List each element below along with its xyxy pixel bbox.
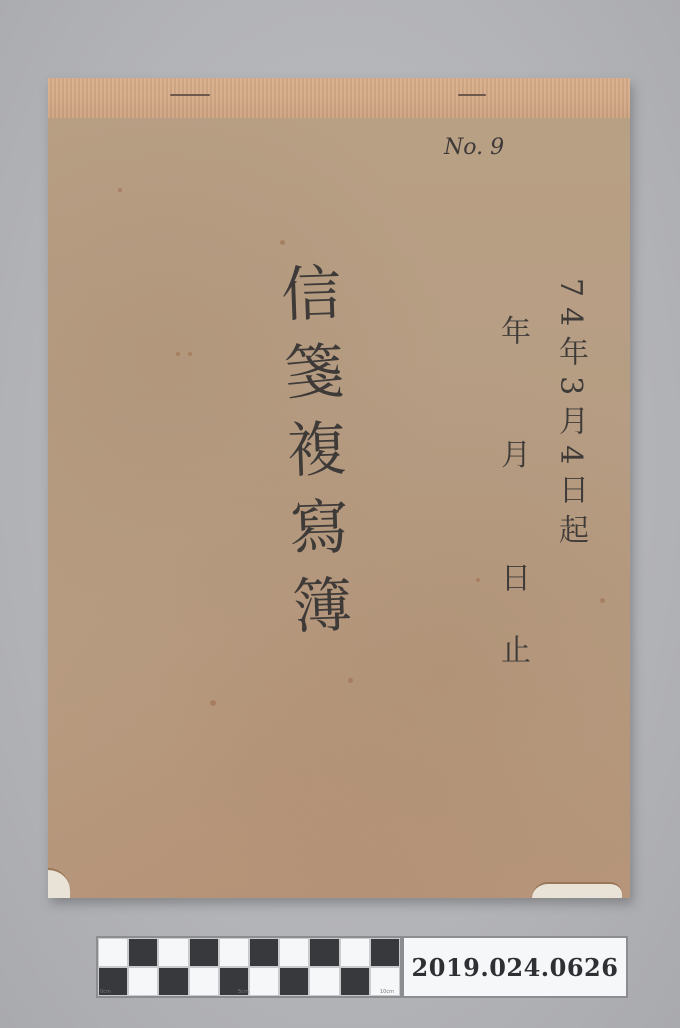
accession-number: 2019.024.0626	[412, 953, 619, 982]
scale-cell	[189, 967, 219, 996]
scale-cell	[128, 938, 158, 967]
scale-cell	[279, 938, 309, 967]
stain-spot	[348, 678, 353, 683]
scale-cell	[249, 938, 279, 967]
scale-mark: 10cm	[380, 989, 394, 995]
stain-spot	[176, 352, 180, 356]
scale-cell	[158, 967, 188, 996]
torn-corner	[48, 868, 70, 898]
notebook-number: No. 9	[444, 135, 504, 160]
scale-cell	[279, 967, 309, 996]
scale-cell	[340, 967, 370, 996]
stain-spot	[118, 188, 122, 192]
staple-right	[458, 94, 486, 96]
staple-left	[170, 94, 210, 96]
scale-cell	[98, 938, 128, 967]
scale-cell	[370, 938, 400, 967]
stain-spot	[280, 240, 285, 245]
binding-strip	[48, 78, 630, 121]
scale-cell	[340, 938, 370, 967]
scale-cell	[189, 938, 219, 967]
accession-label: 2019.024.0626	[404, 938, 626, 996]
scale-cell	[249, 967, 279, 996]
scale-cell	[219, 938, 249, 967]
scale-cell	[128, 967, 158, 996]
scale-cell	[309, 967, 339, 996]
stain-spot	[600, 598, 605, 603]
stain-spot	[210, 700, 216, 706]
scale-bar: 0cm 5cm 10cm 2019.024.0626	[96, 936, 628, 998]
torn-corner	[532, 882, 622, 898]
color-checker-scale: 0cm 5cm 10cm	[98, 938, 400, 996]
scale-mark: 0cm	[100, 989, 111, 995]
start-date: 74年3月4日起	[550, 278, 590, 554]
stain-spot	[476, 578, 480, 582]
notebook-title: 信箋複寫簿	[265, 261, 359, 654]
scale-cell	[158, 938, 188, 967]
end-date: 年 月 日止	[492, 315, 532, 706]
scale-cell	[309, 938, 339, 967]
stain-spot	[188, 352, 192, 356]
scale-mark: 5cm	[238, 989, 249, 995]
